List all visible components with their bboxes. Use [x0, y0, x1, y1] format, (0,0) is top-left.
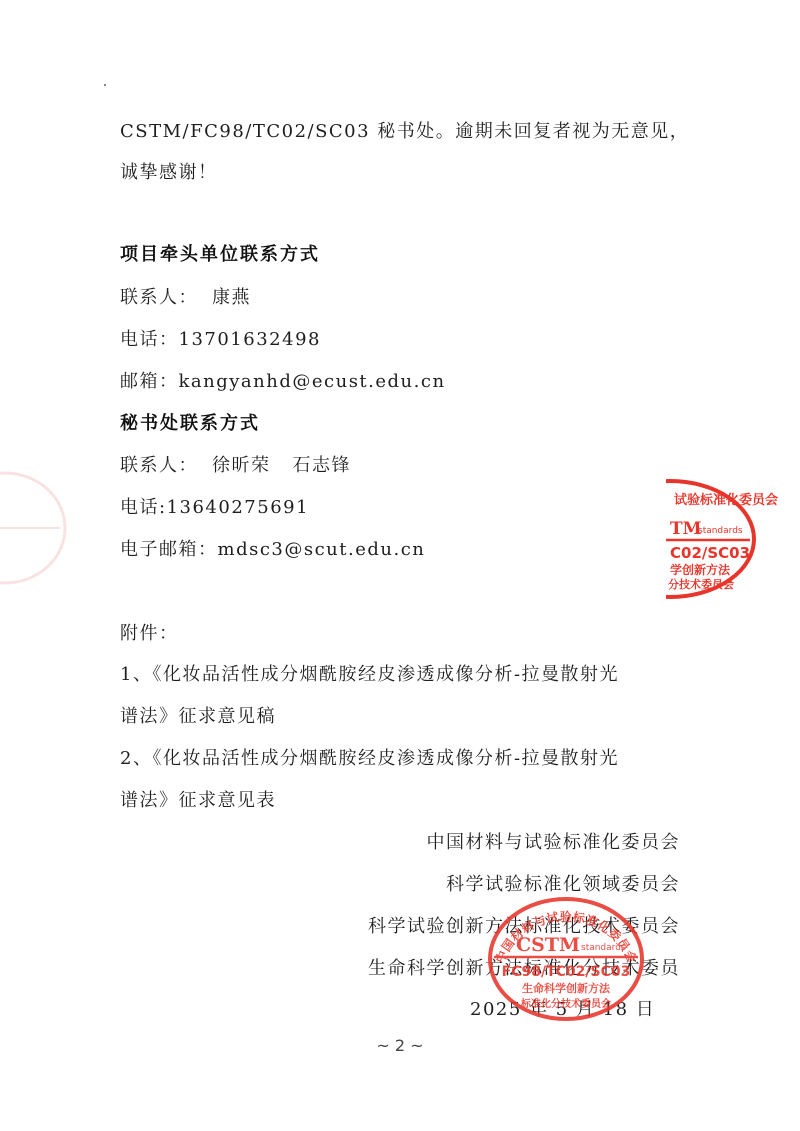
- svg-text:standards: standards: [581, 943, 626, 953]
- contact-name: 康燕: [212, 287, 251, 308]
- svg-text:TM: TM: [670, 519, 702, 539]
- phone-value: 13640275691: [167, 497, 309, 518]
- email-value: kangyanhd@ecust.edu.cn: [179, 371, 446, 392]
- svg-text:试验标准化委员会: 试验标准化委员会: [674, 492, 778, 508]
- project-contact-heading: 项目牵头单位联系方式: [120, 243, 320, 267]
- scan-speck: [104, 84, 106, 86]
- signatory-4: 生命科学创新方法标准化分技术委员: [368, 957, 680, 981]
- signatory-1: 中国材料与试验标准化委员会: [427, 831, 681, 855]
- svg-text:C02/SC03: C02/SC03: [670, 544, 750, 562]
- attachment-2-line-1: 2、《化妆品活性成分烟酰胺经皮渗透成像分析-拉曼散射光: [120, 747, 619, 771]
- intro-line-2: 诚挚感谢！: [120, 161, 218, 185]
- page-number: ~ 2 ~: [0, 1036, 800, 1055]
- project-contact-email: 邮箱：kangyanhd@ecust.edu.cn: [120, 370, 446, 394]
- project-contact-person: 联系人：康燕: [120, 286, 251, 310]
- secretariat-contact-person: 联系人：徐昕荣石志锋: [120, 454, 351, 478]
- attachment-1-line-2: 谱法》征求意见稿: [120, 705, 276, 729]
- svg-text:学创新方法: 学创新方法: [670, 562, 731, 577]
- svg-text:分技术委员会: 分技术委员会: [668, 577, 734, 591]
- project-contact-phone: 电话：13701632498: [120, 328, 321, 352]
- intro-line-1: CSTM/FC98/TC02/SC03 秘书处。逾期未回复者视为无意见，: [120, 120, 689, 144]
- svg-text:standards: standards: [698, 526, 743, 536]
- secretariat-contact-email: 电子邮箱：mdsc3@scut.edu.cn: [120, 538, 425, 562]
- phone-label: 电话：: [120, 329, 179, 350]
- attachment-2-line-2: 谱法》征求意见表: [120, 789, 276, 813]
- contact-label: 联系人：: [120, 455, 198, 476]
- svg-text:生命科学创新方法: 生命科学创新方法: [522, 981, 611, 995]
- signatory-2: 科学试验标准化领域委员会: [446, 873, 680, 897]
- email-value: mdsc3@scut.edu.cn: [218, 539, 426, 560]
- attachment-1-line-1: 1、《化妆品活性成分烟酰胺经皮渗透成像分析-拉曼散射光: [120, 663, 619, 687]
- secretariat-contact-phone: 电话:13640275691: [120, 496, 309, 520]
- secretariat-contact-heading: 秘书处联系方式: [120, 412, 260, 436]
- contact-name-1: 徐昕荣: [212, 455, 271, 476]
- contact-name-2: 石志锋: [293, 455, 352, 476]
- attachments-heading: 附件：: [120, 622, 179, 646]
- phone-label: 电话:: [120, 497, 167, 518]
- ghost-seal-left: [0, 468, 70, 588]
- phone-value: 13701632498: [179, 329, 321, 350]
- signatory-3: 科学试验创新方法标准化技术委员会: [368, 915, 680, 939]
- official-seal-partial: 试验标准化委员会 TM standards C02/SC03 学创新方法 分技术…: [666, 476, 800, 602]
- contact-label: 联系人：: [120, 287, 198, 308]
- document-date: 2025 年 5 月 18 日: [470, 998, 655, 1022]
- email-label: 电子邮箱：: [120, 539, 218, 560]
- email-label: 邮箱：: [120, 371, 179, 392]
